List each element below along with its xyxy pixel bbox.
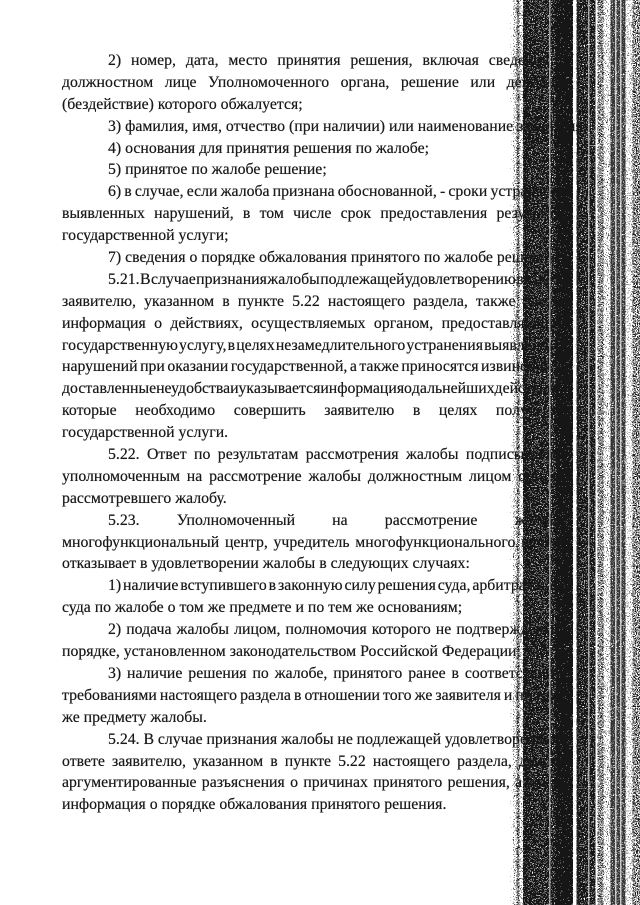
document-page: 2) номер, дата, место принятия решения, … (0, 0, 640, 905)
document-line-text: доставленные неудобства и указывается ин… (62, 378, 567, 400)
document-line-text: 3) наличие решения по жалобе, принятого … (108, 663, 567, 685)
scan-noise-stripe (508, 0, 640, 905)
document-line-4: 3) фамилия, имя, отчество (при наличии) … (62, 116, 567, 138)
document-line-text: 6) в случае, если жалоба признана обосно… (108, 181, 567, 203)
document-line-25: 1) наличие вступившего в законную силу р… (62, 575, 567, 597)
document-line-text: аргументированные разъяснения о причинах… (62, 772, 567, 794)
document-line-21: рассмотревшего жалобу. (62, 488, 567, 510)
document-line-17: которые необходимо совершить заявителю в… (62, 400, 567, 422)
document-line-text: государственной услуги. (62, 422, 228, 444)
document-line-text: которые необходимо совершить заявителю в… (62, 400, 567, 422)
document-line-10: 7) сведения о порядке обжалования принят… (62, 247, 567, 269)
document-line-33: ответе заявителю, указанном в пункте 5.2… (62, 751, 567, 773)
document-line-1: 2) номер, дата, место принятия решения, … (62, 50, 567, 72)
document-line-text: 2) подача жалобы лицом, полномочия котор… (108, 619, 567, 641)
document-line-text: 5) принятое по жалобе решение; (108, 159, 327, 181)
document-line-29: 3) наличие решения по жалобе, принятого … (62, 663, 567, 685)
document-line-text: ответе заявителю, указанном в пункте 5.2… (62, 751, 567, 773)
document-line-13: информация о действиях, осуществляемых о… (62, 313, 567, 335)
document-text: 2) номер, дата, место принятия решения, … (62, 50, 567, 816)
document-line-28: порядке, установленном законодательством… (62, 641, 567, 663)
document-line-text: информация о порядке обжалования принято… (62, 794, 446, 816)
document-line-32: 5.24. В случае признания жалобы не подле… (62, 729, 567, 751)
document-line-15: нарушений при оказании государственной, … (62, 356, 567, 378)
document-line-text: 5.22. Ответ по результатам рассмотрения … (108, 444, 567, 466)
document-line-12: заявителю, указанном в пункте 5.22 насто… (62, 291, 567, 313)
document-line-34: аргументированные разъяснения о причинах… (62, 772, 567, 794)
document-line-text: 5.24. В случае признания жалобы не подле… (108, 729, 567, 751)
document-line-text: (бездействие) которого обжалуется; (62, 94, 303, 116)
document-line-5: 4) основания для принятия решения по жал… (62, 138, 567, 160)
document-line-9: государственной услуги; (62, 225, 567, 247)
noise-bands-outer (572, 0, 640, 905)
document-line-text: многофункциональный центр, учредитель мн… (62, 532, 567, 554)
document-line-6: 5) принятое по жалобе решение; (62, 159, 567, 181)
document-line-text: нарушений при оказании государственной, … (62, 356, 567, 378)
document-line-7: 6) в случае, если жалоба признана обосно… (62, 181, 567, 203)
document-line-23: многофункциональный центр, учредитель мн… (62, 532, 567, 554)
document-line-text: государственную услугу, в целях незамедл… (62, 335, 567, 357)
document-line-text: суда по жалобе о том же предмете и по те… (62, 597, 462, 619)
document-line-text: заявителю, указанном в пункте 5.22 насто… (62, 291, 567, 313)
document-line-text: должностном лице Уполномоченного органа,… (62, 72, 567, 94)
document-line-14: государственную услугу, в целях незамедл… (62, 335, 567, 357)
document-line-27: 2) подача жалобы лицом, полномочия котор… (62, 619, 567, 641)
document-line-text: порядке, установленном законодательством… (62, 641, 521, 663)
document-line-text: информация о действиях, осуществляемых о… (62, 313, 567, 335)
document-line-2: должностном лице Уполномоченного органа,… (62, 72, 567, 94)
document-line-text: 5.23. Уполномоченный на рассмотрение жал… (108, 510, 567, 532)
document-line-18: государственной услуги. (62, 422, 567, 444)
document-line-8: выявленных нарушений, в том числе срок п… (62, 203, 567, 225)
document-line-19: 5.22. Ответ по результатам рассмотрения … (62, 444, 567, 466)
document-line-text: уполномоченным на рассмотрение жалобы до… (62, 466, 567, 488)
document-line-31: же предмету жалобы. (62, 707, 567, 729)
document-line-11: 5.21. В случае признания жалобы подлежащ… (62, 269, 567, 291)
document-line-16: доставленные неудобства и указывается ин… (62, 378, 567, 400)
document-line-text: 4) основания для принятия решения по жал… (108, 138, 429, 160)
document-line-text: же предмету жалобы. (62, 707, 207, 729)
document-line-text: рассмотревшего жалобу. (62, 488, 227, 510)
document-line-text: 1) наличие вступившего в законную силу р… (108, 575, 567, 597)
document-line-35: информация о порядке обжалования принято… (62, 794, 567, 816)
document-line-26: суда по жалобе о том же предмете и по те… (62, 597, 567, 619)
document-line-30: требованиями настоящего раздела в отноше… (62, 685, 567, 707)
document-line-22: 5.23. Уполномоченный на рассмотрение жал… (62, 510, 567, 532)
document-line-text: 5.21. В случае признания жалобы подлежащ… (108, 269, 567, 291)
document-line-text: государственной услуги; (62, 225, 229, 247)
document-line-text: 7) сведения о порядке обжалования принят… (108, 247, 559, 269)
document-line-3: (бездействие) которого обжалуется; (62, 94, 567, 116)
document-line-20: уполномоченным на рассмотрение жалобы до… (62, 466, 567, 488)
document-line-text: отказывает в удовлетворении жалобы в сле… (62, 553, 470, 575)
document-line-text: 2) номер, дата, место принятия решения, … (108, 50, 567, 72)
document-line-text: требованиями настоящего раздела в отноше… (62, 685, 567, 707)
document-line-text: выявленных нарушений, в том числе срок п… (62, 203, 567, 225)
document-line-24: отказывает в удовлетворении жалобы в сле… (62, 553, 567, 575)
